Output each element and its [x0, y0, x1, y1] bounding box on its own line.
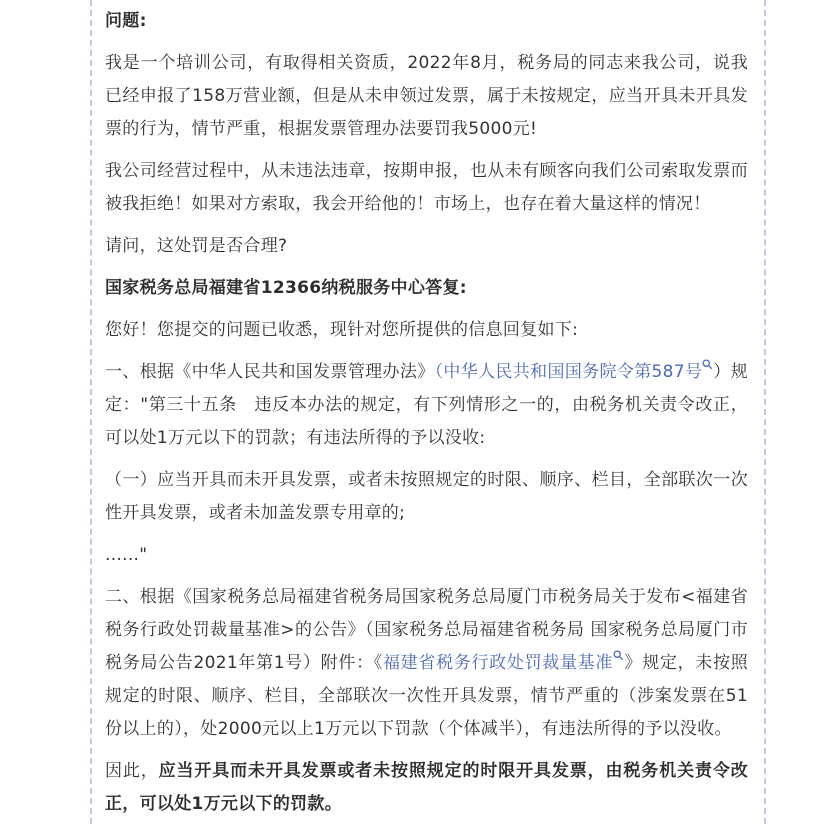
conclusion-pre-text: 因此，: [105, 761, 159, 781]
conclusion-bold-text: 应当开具而未开具发票或者未按照规定的时限开具发票，由税务机关责令改正，可以处1万…: [105, 761, 748, 814]
law1-link-text: （中华人民共和国国务院令第587号: [435, 362, 703, 382]
ellipsis-line: ......": [105, 539, 748, 572]
law2-paragraph: 二、根据《国家税务总局福建省税务局国家税务总局厦门市税务局关于发布<福建省税务行…: [105, 581, 748, 746]
link-state-council-decree-587[interactable]: （中华人民共和国国务院令第587号: [435, 362, 714, 382]
question-paragraph-2: 我公司经营过程中，从未违法违章，按期申报，也从未有顾客向我们公司索取发票而被我拒…: [105, 155, 748, 221]
search-icon: [702, 359, 713, 370]
qa-article: 问题: 我是一个培训公司，有取得相关资质，2022年8月，税务局的同志来我公司，…: [90, 0, 766, 824]
conclusion-paragraph: 因此，应当开具而未开具发票或者未按照规定的时限开具发票，由税务机关责令改正，可以…: [105, 755, 748, 821]
question-label: 问题:: [105, 5, 748, 38]
law1-pre-text: 一、根据《中华人民共和国发票管理办法》: [105, 362, 435, 382]
search-icon: [613, 650, 624, 661]
law1-item-paragraph: （一）应当开具而未开具发票，或者未按照规定的时限、顺序、栏目，全部联次一次性开具…: [105, 464, 748, 530]
question-paragraph-1: 我是一个培训公司，有取得相关资质，2022年8月，税务局的同志来我公司，说我已经…: [105, 47, 748, 146]
answer-header: 国家税务总局福建省12366纳税服务中心答复:: [105, 272, 748, 305]
question-paragraph-3: 请问，这处罚是否合理?: [105, 230, 748, 263]
law2-link-text: 福建省税务行政处罚裁量基准: [383, 653, 613, 673]
law1-paragraph: 一、根据《中华人民共和国发票管理办法》（中华人民共和国国务院令第587号）规定：…: [105, 356, 748, 455]
answer-intro: 您好！您提交的问题已收悉，现针对您所提供的信息回复如下:: [105, 314, 748, 347]
link-fujian-penalty-benchmark[interactable]: 福建省税务行政处罚裁量基准: [383, 653, 624, 673]
